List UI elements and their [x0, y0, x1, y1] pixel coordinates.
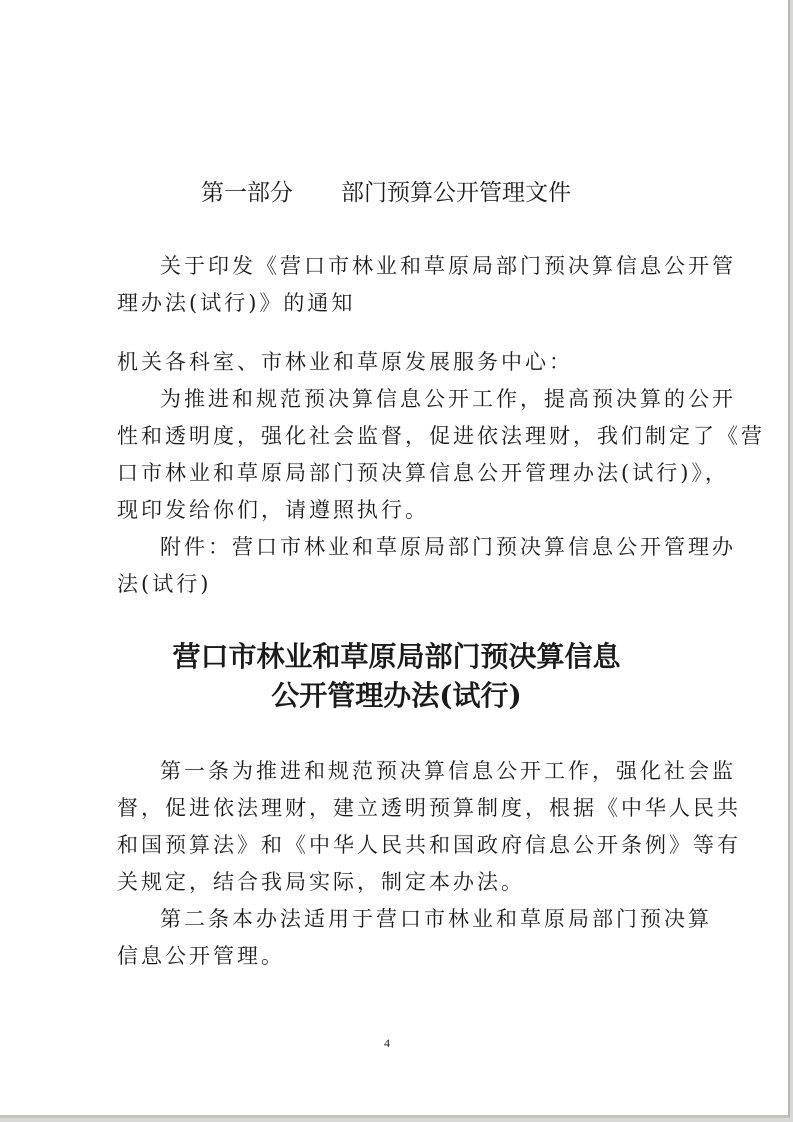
notice-body-line-1: 为推进和规范预决算信息公开工作，提高预决算的公开: [160, 385, 736, 413]
notice-body-line-4: 现印发给你们，请遵照执行。: [117, 496, 429, 524]
article-1-line-2: 督，促进依法理财，建立透明预算制度，根据《中华人民共: [117, 794, 741, 822]
notice-title-line-2: 理办法(试行)》的通知: [117, 289, 355, 317]
article-1-line-1: 第一条为推进和规范预决算信息公开工作，强化社会监: [160, 757, 736, 785]
notice-body-line-2: 性和透明度，强化社会监督，促进依法理财，我们制定了《营: [117, 422, 765, 450]
article-1-line-4: 关规定，结合我局实际，制定本办法。: [117, 868, 525, 896]
article-1-line-3: 和国预算法》和《中华人民共和国政府信息公开条例》等有: [117, 831, 741, 859]
article-2-line-1: 第二条本办法适用于营口市林业和草原局部门预决算: [160, 905, 712, 933]
section-part-label: 第一部分: [201, 180, 293, 206]
section-title: 部门预算公开管理文件: [341, 180, 571, 206]
notice-title-line-1: 关于印发《营口市林业和草原局部门预决算信息公开管: [160, 252, 736, 280]
article-2-line-2: 信息公开管理。: [117, 942, 285, 970]
page-number: 4: [384, 1036, 390, 1051]
attachment-line-1: 附件：营口市林业和草原局部门预决算信息公开管理办: [160, 533, 736, 561]
regulation-title-line-1: 营口市林业和草原局部门预决算信息: [0, 638, 793, 676]
document-page: 第一部分部门预算公开管理文件 关于印发《营口市林业和草原局部门预决算信息公开管 …: [0, 0, 790, 1118]
regulation-title-line-2: 公开管理办法(试行): [0, 677, 793, 715]
attachment-line-2: 法(试行): [117, 570, 211, 598]
section-heading: 第一部分部门预算公开管理文件: [201, 174, 571, 207]
notice-recipients: 机关各科室、市林业和草原发展服务中心：: [117, 348, 573, 376]
notice-body-line-3: 口市林业和草原局部门预决算信息公开管理办法(试行)》，: [117, 459, 729, 487]
